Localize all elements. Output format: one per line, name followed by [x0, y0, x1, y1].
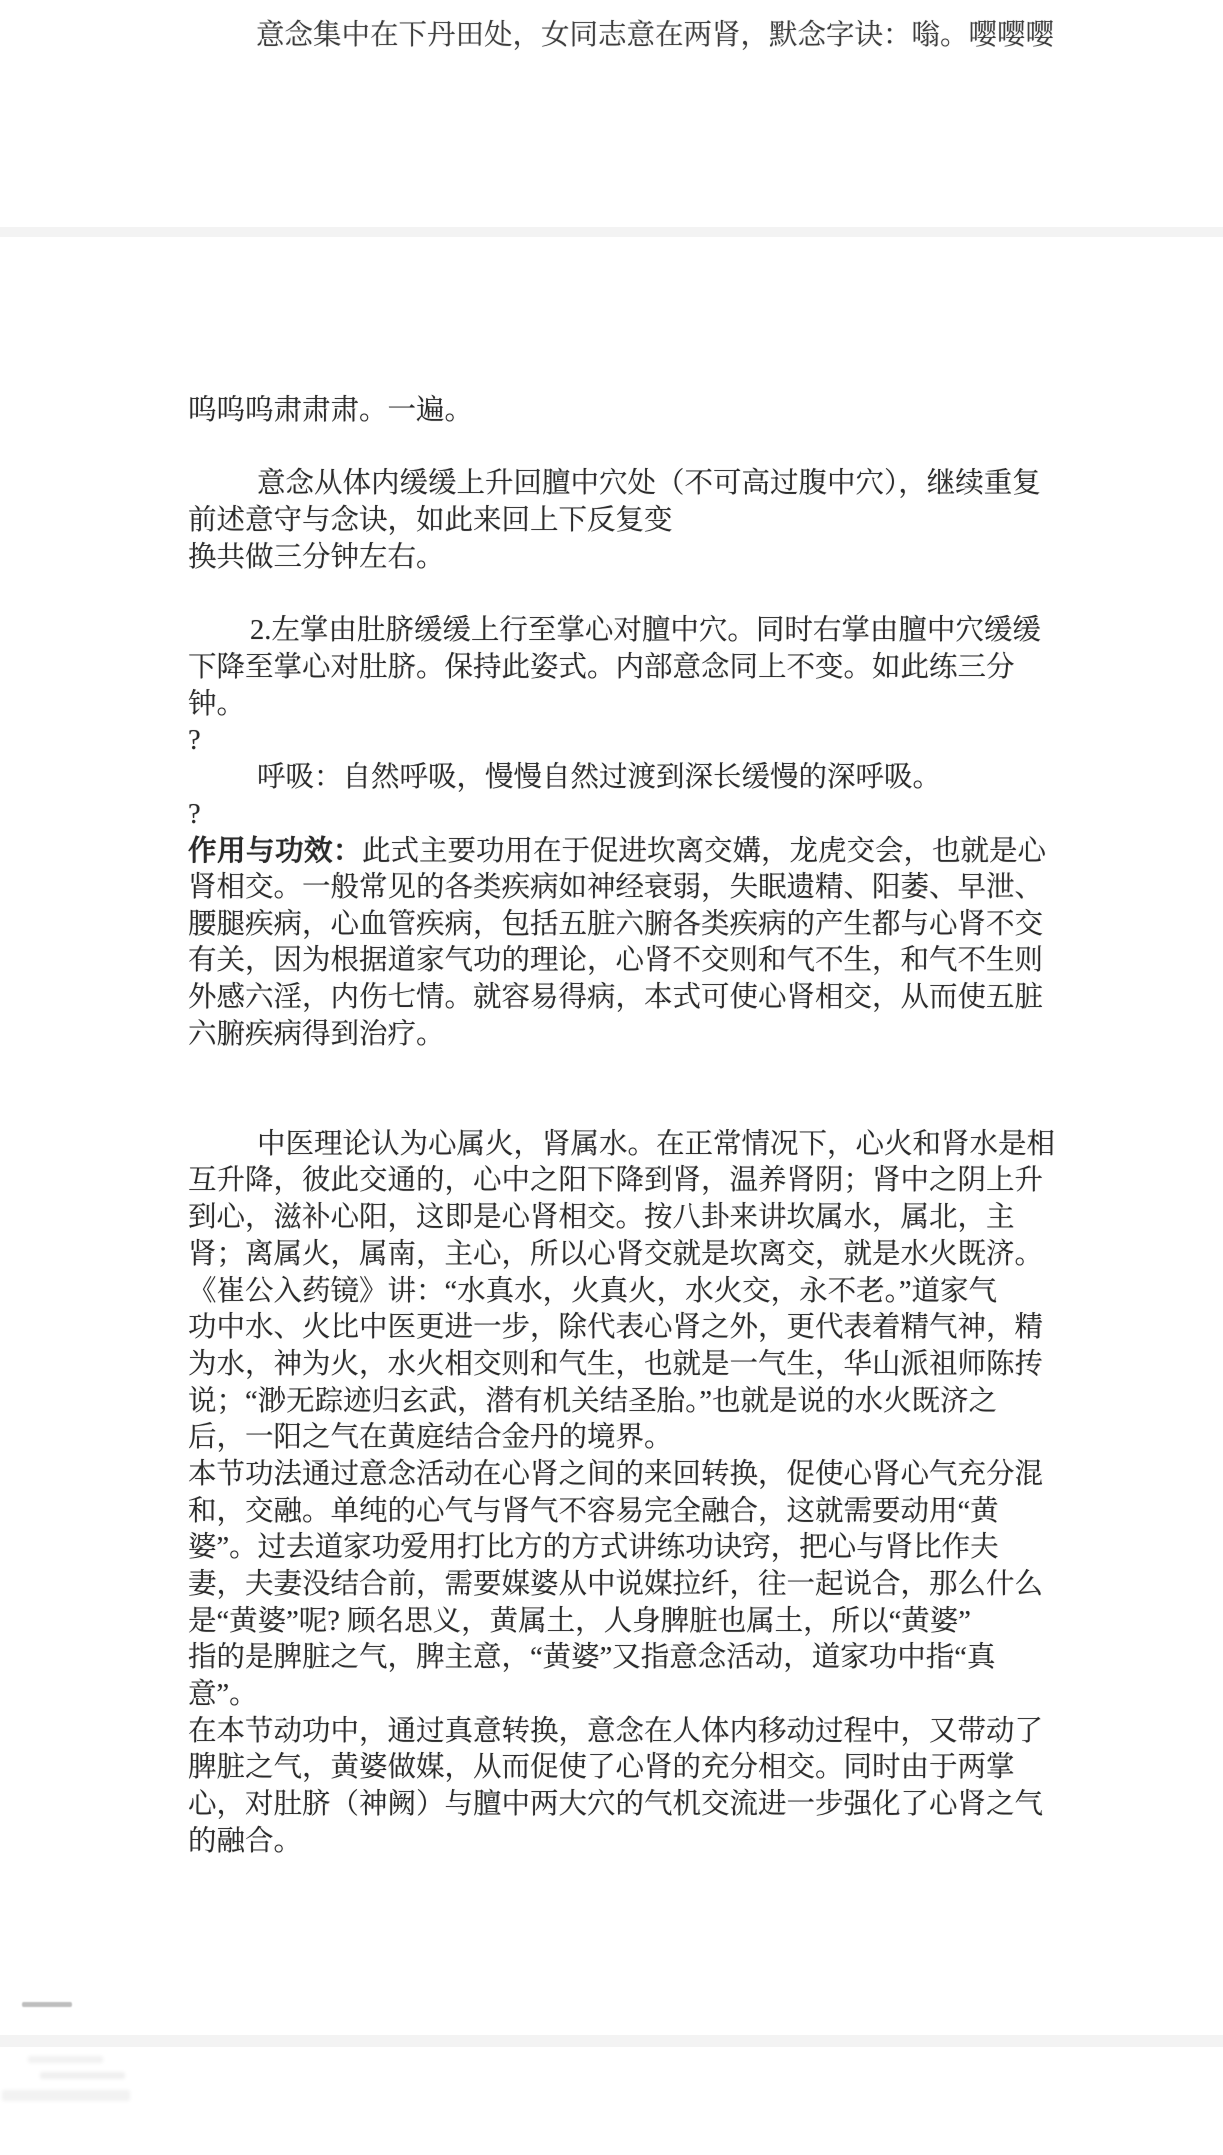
- document-lines: 呜呜呜肃肃肃。一遍。意念从体内缓缓上升回膻中穴处（不可高过腹中穴），继续重复前述…: [188, 393, 1088, 1861]
- bold-lead-label: 作用与功效：: [188, 835, 362, 867]
- text-line: 2.左掌由肚脐缓缓上行至掌心对膻中穴。同时右掌由膻中穴缓缓: [188, 613, 1088, 650]
- text-line: 后，一阳之气在黄庭结合金丹的境界。: [188, 1420, 1088, 1457]
- text-line: 心，对肚脐（神阙）与膻中两大穴的气机交流进一步强化了心肾之气: [188, 1787, 1088, 1824]
- text-line: 下降至掌心对肚脐。保持此姿式。内部意念同上不变。如此练三分: [188, 650, 1088, 687]
- text-line: 是“黄婆”呢? 顾名思义，黄属土，人身脾脏也属土，所以“黄婆”: [188, 1604, 1088, 1641]
- blank-line: [188, 1090, 1088, 1127]
- text-line: 《崔公入药镜》讲：“水真水，火真火，水火交，永不老。”道家气: [188, 1274, 1088, 1311]
- blank-line: [188, 430, 1088, 467]
- text-line: 说；“渺无踪迹归玄武，潜有机关结圣胎。”也就是说的水火既济之: [188, 1384, 1088, 1421]
- text-line: 有关，因为根据道家气功的理论，心肾不交则和气不生，和气不生则: [188, 943, 1088, 980]
- text-line: ?: [188, 723, 1088, 760]
- text-line: 换共做三分钟左右。: [188, 540, 1088, 577]
- text-line: 意”。: [188, 1677, 1088, 1714]
- text-line: 外感六淫，内伤七情。就容易得病，本式可使心肾相交，从而使五脏: [188, 980, 1088, 1017]
- text-line: 婆”。过去道家功爱用打比方的方式讲练功诀窍，把心与肾比作夫: [188, 1530, 1088, 1567]
- text-line: ?: [188, 797, 1088, 834]
- text-line: 在本节动功中，通过真意转换，意念在人体内移动过程中，又带动了: [188, 1714, 1088, 1751]
- scan-artifact: [2, 2090, 130, 2101]
- text-line: 中医理论认为心属火，肾属水。在正常情况下，心火和肾水是相: [188, 1127, 1088, 1164]
- text-line: 妻，夫妻没结合前，需要媒婆从中说媒拉纤，往一起说合，那么什么: [188, 1567, 1088, 1604]
- text-line: 和，交融。单纯的心气与肾气不容易完全融合，这就需要动用“黄: [188, 1494, 1088, 1531]
- page-separator-bottom: [0, 2035, 1223, 2047]
- text-line: 肾；离属火，属南，主心，所以心肾交就是坎离交，就是水火既济。: [188, 1237, 1088, 1274]
- text-line: 互升降，彼此交通的，心中之阳下降到肾，温养肾阴；肾中之阴上升: [188, 1163, 1088, 1200]
- scan-artifact: [28, 2056, 103, 2063]
- text-line: 腰腿疾病，心血管疾病，包括五脏六腑各类疾病的产生都与心肾不交: [188, 907, 1088, 944]
- text-line: 为水，神为火，水火相交则和气生，也就是一气生，华山派祖师陈抟: [188, 1347, 1088, 1384]
- text-line: 到心，滋补心阳，这即是心肾相交。按八卦来讲坎属水，属北，主: [188, 1200, 1088, 1237]
- document-text-block: 呜呜呜肃肃肃。一遍。意念从体内缓缓上升回膻中穴处（不可高过腹中穴），继续重复前述…: [188, 393, 1088, 1861]
- document-viewer-page: { "page": { "background_color": "#ffffff…: [0, 0, 1223, 2155]
- text-line: 六腑疾病得到治疗。: [188, 1017, 1088, 1054]
- text-line: 前述意守与念诀，如此来回上下反复变: [188, 503, 1088, 540]
- text-line: 功中水、火比中医更进一步，除代表心肾之外，更代表着精气神，精: [188, 1310, 1088, 1347]
- page-separator-top: [0, 227, 1223, 237]
- text-line: 指的是脾脏之气，脾主意，“黄婆”又指意念活动，道家功中指“真: [188, 1640, 1088, 1677]
- text-line: 呼吸：自然呼吸，慢慢自然过渡到深长缓慢的深呼吸。: [188, 760, 1088, 797]
- scan-artifact: [40, 2072, 125, 2079]
- text-line: 作用与功效：此式主要功用在于促进坎离交媾，龙虎交会，也就是心: [188, 833, 1088, 870]
- blank-line: [188, 576, 1088, 613]
- scan-artifact: [22, 2002, 72, 2007]
- text-line: 呜呜呜肃肃肃。一遍。: [188, 393, 1088, 430]
- text-line: 脾脏之气，黄婆做媒，从而促使了心肾的充分相交。同时由于两掌: [188, 1750, 1088, 1787]
- blank-line: [188, 1053, 1088, 1090]
- text-line: 本节功法通过意念活动在心肾之间的来回转换，促使心肾心气充分混: [188, 1457, 1088, 1494]
- text-line: 钟。: [188, 687, 1088, 724]
- page-top-caption: 意念集中在下丹田处，女同志意在两肾，默念字诀：嗡。嘤嘤嘤: [256, 19, 1054, 53]
- text-line: 的融合。: [188, 1824, 1088, 1861]
- text-line: 肾相交。一般常见的各类疾病如神经衰弱，失眠遗精、阳萎、早泄、: [188, 870, 1088, 907]
- text-line: 意念从体内缓缓上升回膻中穴处（不可高过腹中穴），继续重复: [188, 466, 1088, 503]
